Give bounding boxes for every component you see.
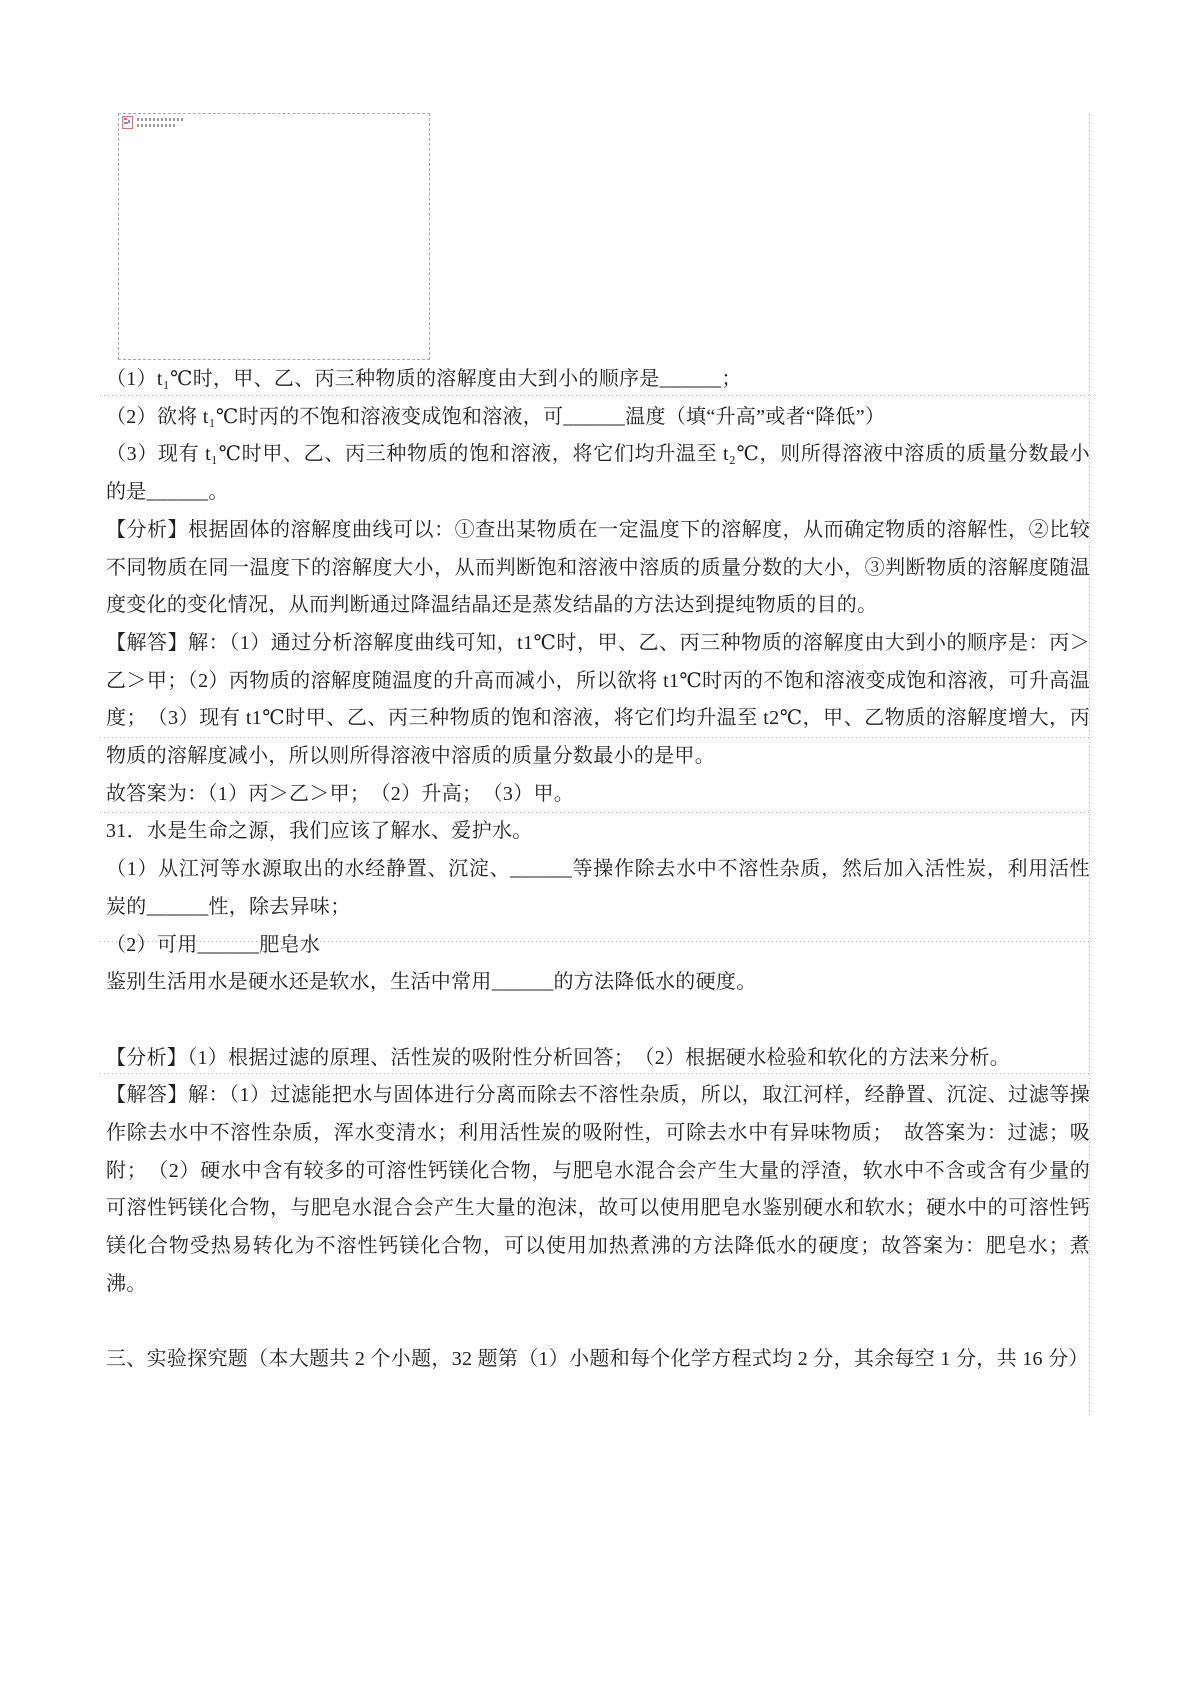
question-30-answer: 故答案为：（1）丙＞乙＞甲； （2）升高； （3）甲。 xyxy=(106,776,1090,814)
question-30-part-3: （3）现有 t₁℃时甲、乙、丙三种物质的饱和溶液，将它们均升温至 t₂℃，则所得… xyxy=(106,436,1090,511)
alt-text-line xyxy=(137,118,183,121)
question-31-stem: 31．水是生命之源，我们应该了解水、爱护水。 xyxy=(106,813,1090,851)
question-30-solution: 【解答】解：（1）通过分析溶解度曲线可知，t1℃时，甲、乙、丙三种物质的溶解度由… xyxy=(106,625,1090,776)
document-body: （1）t₁℃时，甲、乙、丙三种物质的溶解度由大到小的顺序是______； （2）… xyxy=(106,361,1090,1379)
alt-text-line xyxy=(137,124,177,127)
question-30-part-1: （1）t₁℃时，甲、乙、丙三种物质的溶解度由大到小的顺序是______； xyxy=(106,361,1090,399)
question-31-part-2-cont: 鉴别生活用水是硬水还是软水，生活中常用______的方法降低水的硬度。 xyxy=(106,964,1090,1002)
question-30-part-2: （2）欲将 t₁℃时丙的不饱和溶液变成饱和溶液，可______温度（填“升高”或… xyxy=(106,399,1090,437)
question-31-part-2: （2）可用______肥皂水 xyxy=(106,927,1090,965)
question-31-solution: 【解答】解：（1）过滤能把水与固体进行分离而除去不溶性杂质，所以，取江河样，经静… xyxy=(106,1077,1090,1303)
question-30-analysis: 【分析】根据固体的溶解度曲线可以：①查出某物质在一定温度下的溶解度，从而确定物质… xyxy=(106,512,1090,625)
question-31-part-1: （1）从江河等水源取出的水经静置、沉淀、______等操作除去水中不溶性杂质，然… xyxy=(106,851,1090,926)
question-31-analysis: 【分析】（1）根据过滤的原理、活性炭的吸附性分析回答； （2）根据硬水检验和软化… xyxy=(106,1040,1090,1078)
broken-image-icon xyxy=(122,116,133,129)
section-heading: 三、实验探究题（本大题共 2 个小题，32 题第（1）小题和每个化学方程式均 2… xyxy=(106,1341,1090,1379)
figure-placeholder xyxy=(118,113,430,360)
